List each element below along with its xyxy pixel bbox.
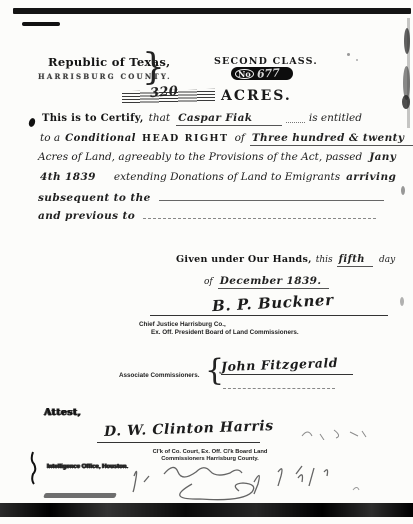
- scan-top-bar: [13, 8, 411, 14]
- scan-right-smudge: [404, 28, 410, 54]
- blank-line: [143, 217, 376, 219]
- clerk-signature: D. W. Clinton Harris: [104, 418, 274, 440]
- signature-line: [150, 315, 388, 316]
- clerk-titles: Cl'k of Co. Court, Ex. Off. Cl'k Board L…: [135, 449, 285, 463]
- ink-streak: [28, 450, 38, 486]
- scan-bottom-smudge: [43, 493, 117, 498]
- blank-line: [159, 199, 384, 201]
- month-year: December 1839.: [218, 275, 330, 289]
- blank-signature-line: [223, 388, 335, 389]
- scan-right-mark: [401, 186, 405, 195]
- ink-dot: [28, 117, 36, 127]
- head-right-phrase: HEAD RIGHT: [142, 133, 229, 144]
- body-line-2: to a Conditional HEAD RIGHT of Three hun…: [40, 132, 385, 146]
- body-line-3: Acres of Land, agreeably to the Provisio…: [38, 151, 388, 163]
- entitled-phrase: is entitled: [309, 112, 362, 124]
- of-word: of: [235, 132, 245, 144]
- to-a-words: to a: [40, 132, 60, 144]
- body-line-4: 4th 1839 extending Donations of Land to …: [40, 171, 390, 183]
- scan-bottom-bar: [0, 503, 413, 517]
- body-line-1: This is to Certify, that Caspar Fiak is …: [42, 112, 362, 126]
- given-under-line: Given under Our Hands, this fifth day: [176, 254, 395, 267]
- clerk-title-line1: Cl'k of Co. Court, Ex. Off. Cl'k Board L…: [135, 449, 285, 456]
- scanned-land-certificate: Republic of Texas, HARRISBURG COUNTY. } …: [0, 0, 413, 524]
- day-word: day: [379, 255, 395, 265]
- faint-dot: [356, 59, 358, 61]
- attest-label: Attest,: [44, 407, 81, 418]
- date-line: of December 1839.: [204, 275, 329, 289]
- faint-dot: [347, 53, 350, 56]
- associate-commissioners-label: Associate Commissioners.: [119, 372, 200, 379]
- passed-month: Jany: [369, 151, 396, 163]
- chief-justice-signature: B. P. Buckner: [212, 291, 334, 315]
- body-line-5: subsequent to the: [38, 192, 386, 204]
- certificate-number-strip: No 677: [231, 67, 293, 80]
- of-word: of: [204, 277, 213, 287]
- acres-value: 320: [149, 84, 179, 101]
- acreage-words: Three hundred & twenty: [250, 132, 413, 146]
- signature-line: [221, 374, 353, 375]
- scan-right-mark: [400, 297, 404, 306]
- dotted-leader: [286, 121, 304, 123]
- that-word: that: [149, 112, 170, 124]
- arriving-word: arriving: [346, 171, 396, 183]
- acres-heading: ACRES.: [221, 88, 292, 104]
- chief-justice-title: Chief Justice Harrisburg Co.,: [139, 321, 226, 328]
- body-line-6: and previous to: [38, 210, 378, 222]
- scan-right-smudge: [402, 95, 410, 109]
- scan-top-left-dash: [22, 22, 60, 26]
- header-brace: }: [142, 50, 165, 86]
- passed-day-year: 4th 1839: [40, 171, 96, 183]
- given-phrase: Given under Our Hands,: [176, 254, 312, 265]
- day-number: fifth: [337, 254, 373, 267]
- this-word: this: [316, 255, 333, 265]
- subsequent-phrase: subsequent to the: [38, 192, 151, 204]
- conditional-word: Conditional: [65, 133, 136, 144]
- certificate-number: 677: [256, 66, 280, 81]
- grantee-name: Caspar Fiak: [176, 112, 282, 126]
- associate-signature: John Fitzgerald: [221, 355, 339, 374]
- previous-phrase: and previous to: [38, 210, 135, 222]
- faint-handwriting-marks: [300, 426, 370, 440]
- illegible-handwriting: [128, 462, 373, 502]
- signature-line: [97, 442, 260, 443]
- extending-phrase: extending Donations of Land to Emigrants: [114, 171, 340, 183]
- class-heading: SECOND CLASS.: [214, 56, 318, 67]
- number-label: No: [235, 69, 254, 79]
- intelligence-office-label: Intelligence Office, Houston.: [47, 464, 128, 470]
- act-phrase: Acres of Land, agreeably to the Provisio…: [38, 151, 362, 163]
- certify-phrase: This is to Certify,: [42, 113, 144, 124]
- chief-justice-subtitle: Ex. Off. President Board of Land Commiss…: [151, 329, 299, 336]
